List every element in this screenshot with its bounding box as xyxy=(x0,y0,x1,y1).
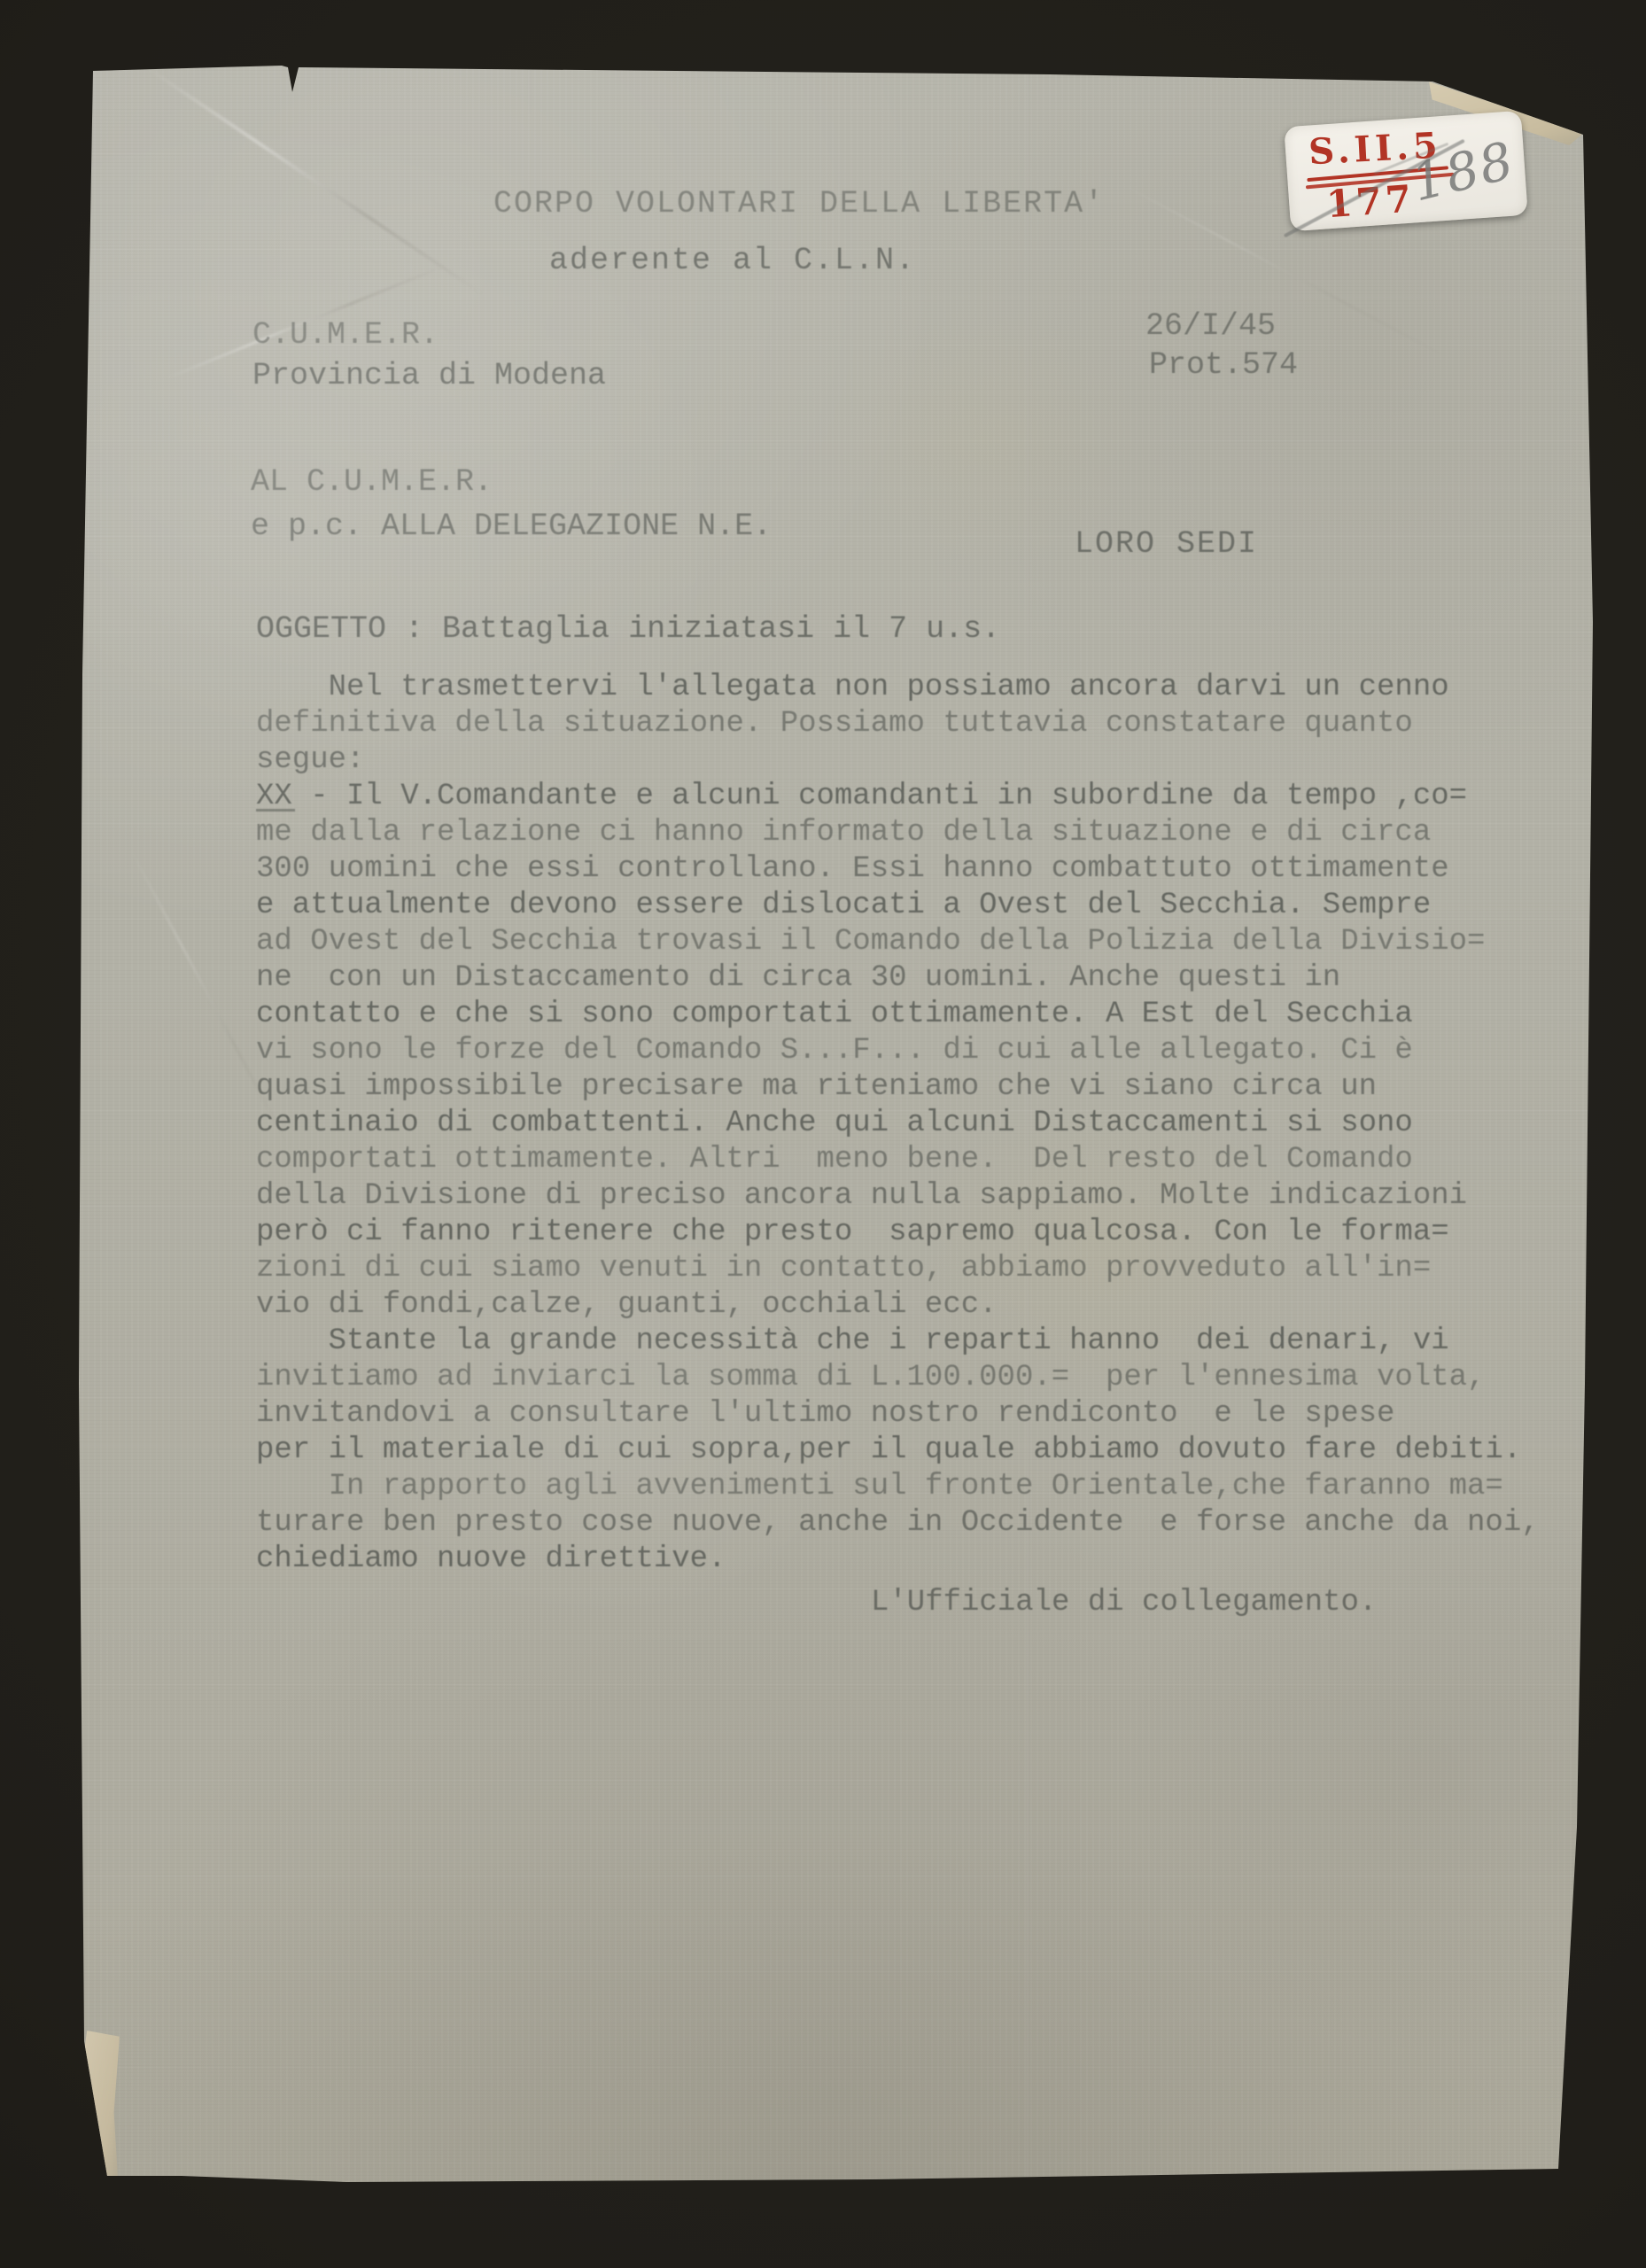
body-text-line: segue: xyxy=(256,742,1540,779)
scanned-document-photo: { "archive_label": { "classification": "… xyxy=(0,0,1646,2268)
body-text-line: 300 uomini che essi controllano. Essi ha… xyxy=(256,851,1540,888)
letter-date: 26/I/45 xyxy=(1145,308,1276,344)
body-text-line: vio di fondi,calze, guanti, occhiali ecc… xyxy=(256,1287,1540,1324)
body-text-line: quasi impossibile precisare ma riteniamo… xyxy=(256,1069,1540,1106)
body-text-line: comportati ottimamente. Altri meno bene.… xyxy=(256,1142,1540,1178)
recipient-location: LORO SEDI xyxy=(1075,526,1258,562)
recipient-line1: AL C.U.M.E.R. xyxy=(251,464,493,500)
xx-underline-mark xyxy=(256,809,295,812)
body-text-line: e attualmente devono essere dislocati a … xyxy=(256,888,1540,924)
archive-old-number: 177 xyxy=(1325,176,1417,226)
sender-province: Provincia di Modena xyxy=(252,358,606,393)
body-text-line: definitiva della situazione. Possiamo tu… xyxy=(256,706,1540,742)
body-text-line: invitandovi a consultare l'ultimo nostro… xyxy=(256,1396,1540,1433)
letterhead-line1: CORPO VOLONTARI DELLA LIBERTA' xyxy=(493,186,1105,221)
body-text-line: ad Ovest del Secchia trovasi il Comando … xyxy=(256,924,1540,960)
body-text-line: vi sono le forze del Comando S...F... di… xyxy=(256,1033,1540,1069)
body-text-line: centinaio di combattenti. Anche qui alcu… xyxy=(256,1106,1540,1142)
body-text-line: me dalla relazione ci hanno informato de… xyxy=(256,815,1540,851)
protocol-number: Prot.574 xyxy=(1149,347,1298,383)
body-text-line: Nel trasmettervi l'allegata non possiamo… xyxy=(256,670,1540,706)
recipient-line2: e p.c. ALLA DELEGAZIONE N.E. xyxy=(251,509,772,544)
archive-label-sticker: S.II.5 177 188 xyxy=(1284,111,1528,231)
letter-page: CORPO VOLONTARI DELLA LIBERTA' aderente … xyxy=(75,55,1595,2186)
body-text-line: però ci fanno ritenere che presto saprem… xyxy=(256,1215,1540,1251)
signature-line: L'Ufficiale di collegamento. xyxy=(871,1586,1377,1619)
body-text-line: contatto e che si sono comportati ottima… xyxy=(256,997,1540,1033)
letterhead-line2: aderente al C.L.N. xyxy=(549,243,916,278)
body-text-line: per il materiale di cui sopra,per il qua… xyxy=(256,1433,1540,1469)
body-text-line: ne con un Distaccamento di circa 30 uomi… xyxy=(256,960,1540,997)
subject-line: OGGETTO : Battaglia iniziatasi il 7 u.s. xyxy=(256,611,1000,647)
body-text-line: chiediamo nuove direttive. xyxy=(256,1542,1540,1578)
torn-edge-bottom-left xyxy=(79,2031,120,2179)
body-text-line: Stante la grande necessità che i reparti… xyxy=(256,1324,1540,1360)
body-text-line: In rapporto agli avvenimenti sul fronte … xyxy=(256,1469,1540,1505)
body-text-line: invitiamo ad inviarci la somma di L.100.… xyxy=(256,1360,1540,1396)
body-text-line: turare ben presto cose nuove, anche in O… xyxy=(256,1505,1540,1542)
body-text-line: zioni di cui siamo venuti in contatto, a… xyxy=(256,1251,1540,1287)
letter-body: Nel trasmettervi l'allegata non possiamo… xyxy=(256,670,1540,1578)
fold-crease-top-left xyxy=(144,66,485,297)
body-text-line: della Divisione di preciso ancora nulla … xyxy=(256,1178,1540,1215)
body-text-line: XX - Il V.Comandante e alcuni comandanti… xyxy=(256,779,1540,815)
sender-org: C.U.M.E.R. xyxy=(252,317,439,353)
